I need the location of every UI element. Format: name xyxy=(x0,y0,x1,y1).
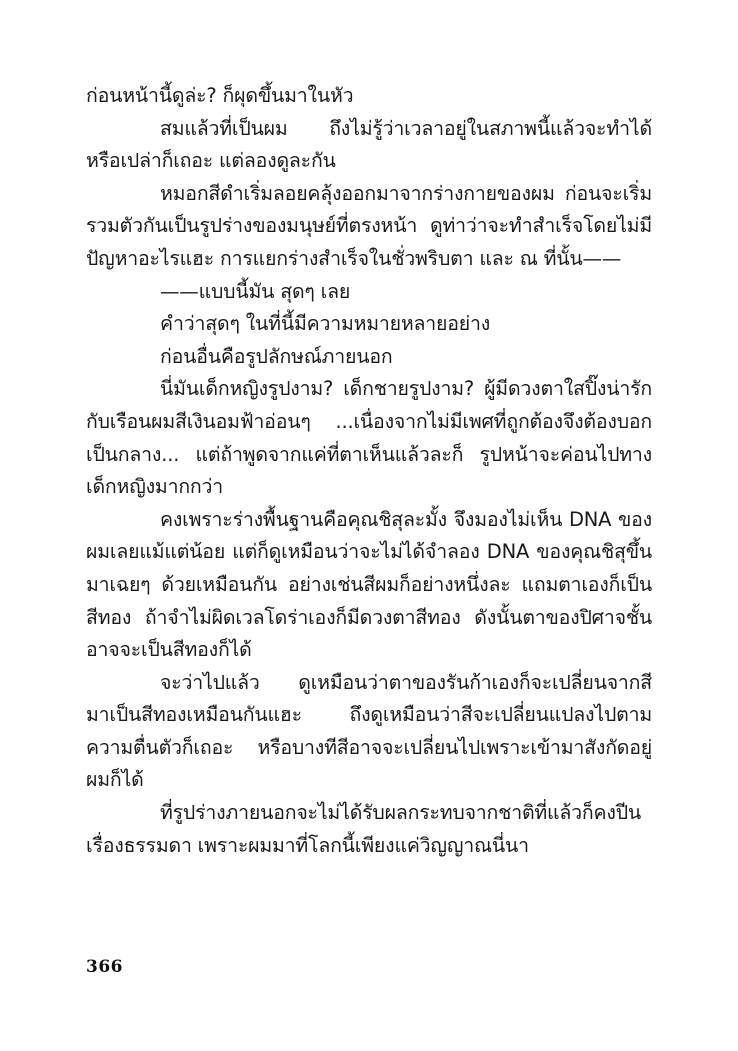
text-line: ——แบบนี้มัน สุดๆ เลย xyxy=(86,276,652,309)
text-line: สีทอง ถ้าจำไม่ผิดเวลโดร่าเองก็มีดวงตาสีท… xyxy=(86,602,652,635)
page-body: ก่อนหน้านี้ดูล่ะ? ก็ผุดขึ้นมาในหัว สมแล้… xyxy=(86,80,652,862)
text-line: มาเฉยๆ ด้วยเหมือนกัน อย่างเช่นสีผมก็อย่า… xyxy=(86,569,652,602)
text-line: ผมก็ได้ xyxy=(86,764,652,797)
text-line: ที่รูปร่างภายนอกจะไม่ได้รับผลกระทบจากชาต… xyxy=(86,797,652,830)
text-line: หรือเปล่าก็เถอะ แต่ลองดูละกัน xyxy=(86,145,652,178)
text-line: มาเป็นสีทองเหมือนกันแฮะ ถึงดูเหมือนว่าสี… xyxy=(86,699,652,732)
text-line: ก่อนหน้านี้ดูล่ะ? ก็ผุดขึ้นมาในหัว xyxy=(86,80,652,113)
text-line: นี่มันเด็กหญิงรูปงาม? เด็กชายรูปงาม? ผู้… xyxy=(86,373,652,406)
text-line: เป็นกลาง... แต่ถ้าพูดจากแค่ที่ตาเห็นแล้ว… xyxy=(86,439,652,472)
text-line: จะว่าไปแล้ว ดูเหมือนว่าตาของรันก้าเองก็จ… xyxy=(86,667,652,700)
text-line: คำว่าสุดๆ ในที่นี้มีความหมายหลายอย่าง xyxy=(86,308,652,341)
text-line: สมแล้วที่เป็นผม ถึงไม่รู้ว่าเวลาอยู่ในสภ… xyxy=(86,113,652,146)
text-line: คงเพราะร่างพื้นฐานคือคุณชิสุละมั้ง จึงมอ… xyxy=(86,504,652,537)
text-line: หมอกสีดำเริ่มลอยคลุ้งออกมาจากร่างกายของผ… xyxy=(86,178,652,211)
text-line: ปัญหาอะไรแฮะ การแยกร่างสำเร็จในชั่วพริบต… xyxy=(86,243,652,276)
text-line: กับเรือนผมสีเงินอมฟ้าอ่อนๆ ...เนื่องจากไ… xyxy=(86,406,652,439)
text-line: เด็กหญิงมากกว่า xyxy=(86,471,652,504)
text-line: อาจจะเป็นสีทองก็ได้ xyxy=(86,634,652,667)
text-line: ก่อนอื่นคือรูปลักษณ์ภายนอก xyxy=(86,341,652,374)
text-line: ผมเลยแม้แต่น้อย แต่ก็ดูเหมือนว่าจะไม่ได้… xyxy=(86,536,652,569)
text-line: รวมตัวกันเป็นรูปร่างของมนุษย์ที่ตรงหน้า … xyxy=(86,210,652,243)
text-line: ความตื่นตัวก็เถอะ หรือบางทีสีอาจจะเปลี่ย… xyxy=(86,732,652,765)
text-line: เรื่องธรรมดา เพราะผมมาที่โลกนี้เพียงแค่ว… xyxy=(86,830,652,863)
page-number: 366 xyxy=(86,957,123,977)
